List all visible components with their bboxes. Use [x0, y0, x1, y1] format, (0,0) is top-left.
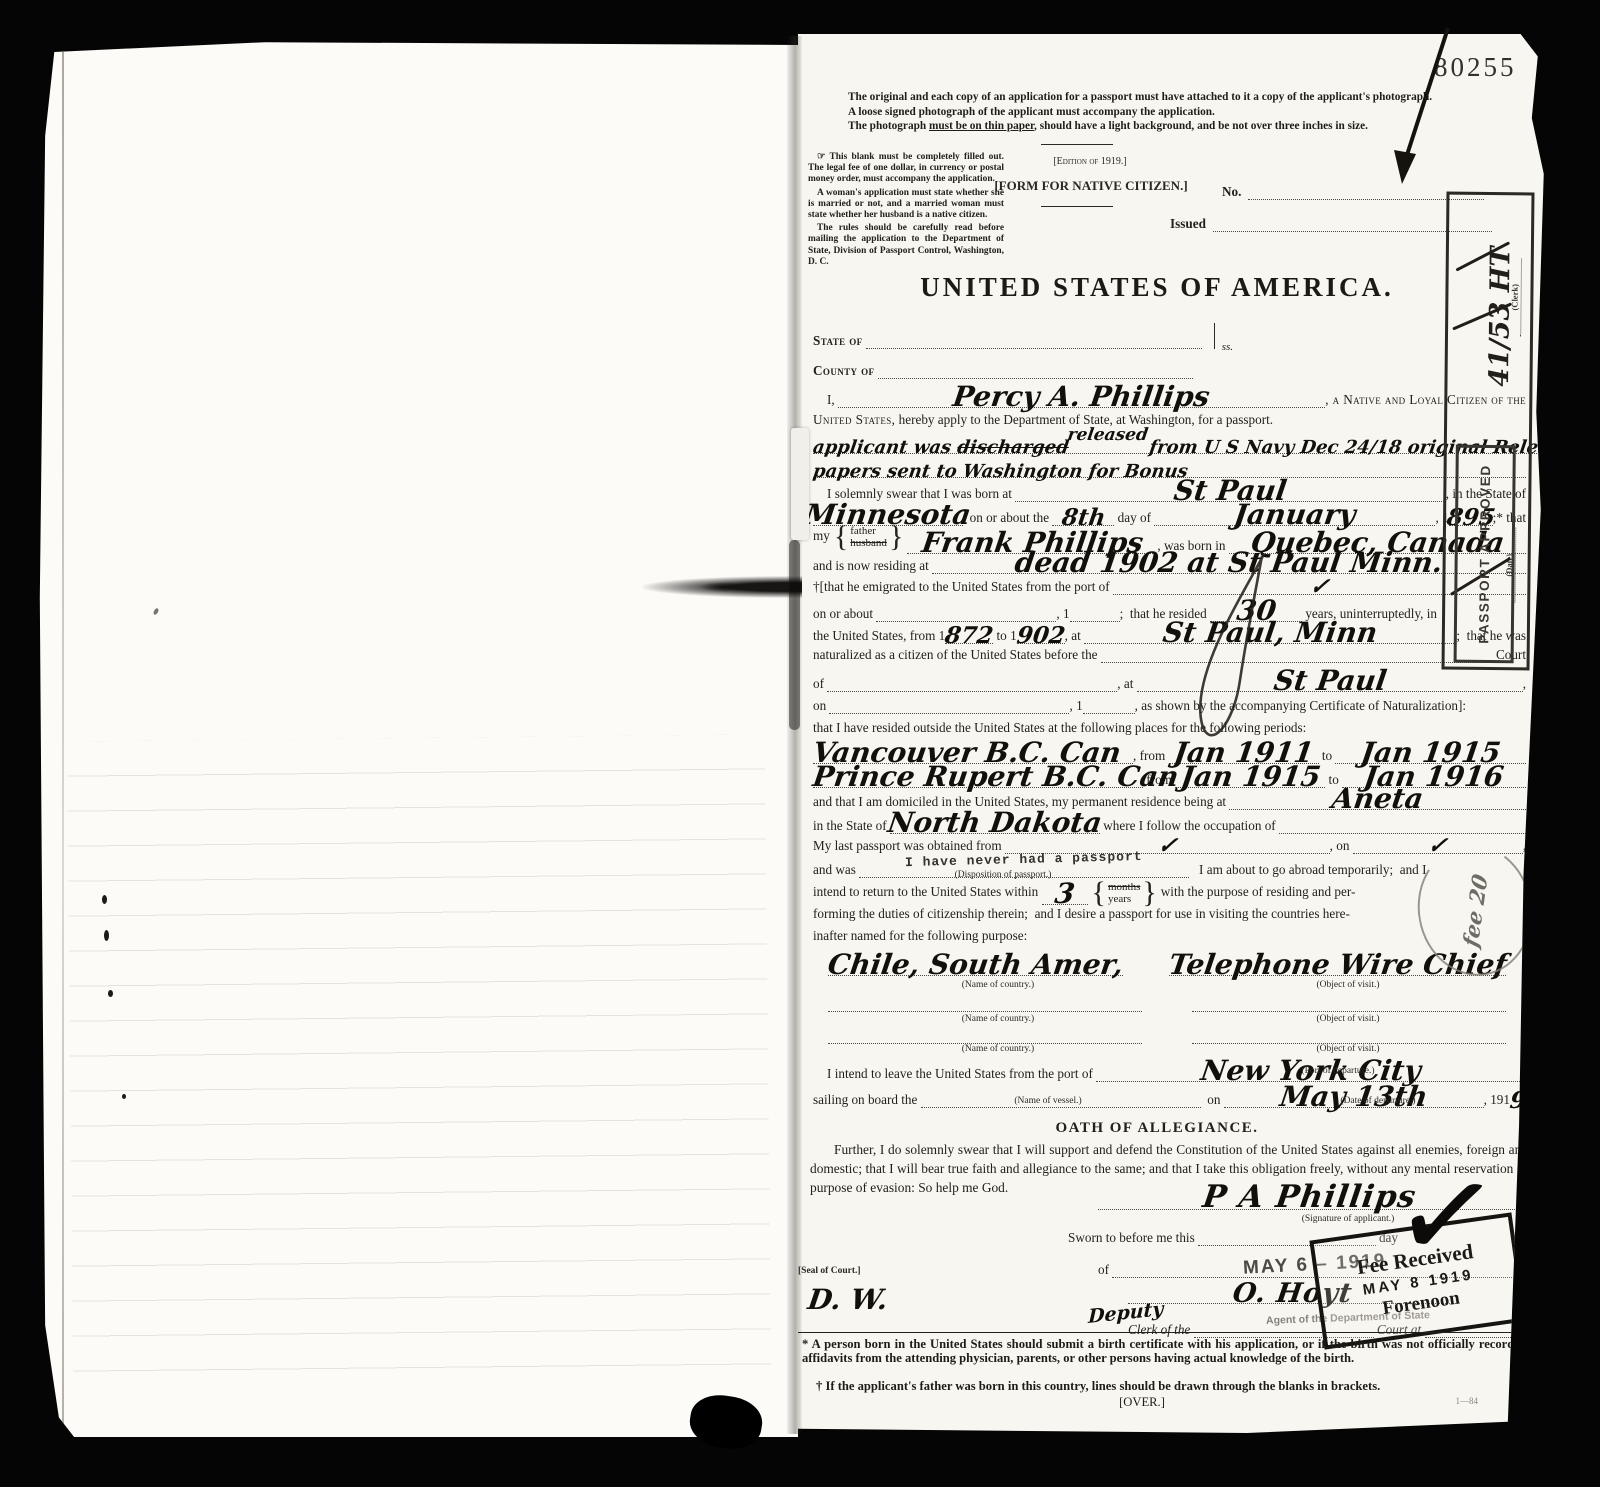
county-blank: [878, 356, 1193, 379]
state-of-line: State of ss.: [813, 327, 1233, 349]
never-had-passport-stamp: I have never had a passport: [905, 849, 1143, 871]
from-year-blank: 872: [945, 617, 993, 644]
country-label: (Name of country.): [888, 1014, 1108, 1024]
departure-year-handwriting: 9: [1508, 1089, 1527, 1112]
notice-paragraph: ☞ This blank must be completely filled o…: [808, 152, 1004, 186]
over-label: [OVER.]: [798, 1396, 1486, 1410]
large-check-mark: ✓: [1386, 1147, 1507, 1285]
applicant-name-blank: Percy A. Phillips: [838, 377, 1325, 408]
seal-initials-handwriting: D. W.: [806, 1286, 890, 1314]
passport-approved-stamp: PASSPORT APPROVED: [1454, 445, 1516, 664]
to-year-blank: 902: [1017, 617, 1065, 644]
object-label: (Object of visit.): [1238, 1014, 1458, 1024]
country-label: (Name of country.): [888, 980, 1108, 990]
notice-paragraph: A woman's application must state whether…: [808, 188, 1004, 222]
footnote-2: † If the applicant's father was born in …: [816, 1380, 1530, 1394]
born-at-blank: St Paul: [1015, 475, 1446, 502]
page-title: UNITED STATES OF AMERICA.: [798, 272, 1516, 303]
divider: [1041, 144, 1113, 145]
seal-of-court-label: [Seal of Court.]: [798, 1266, 908, 1276]
page-binding-edge: [62, 52, 64, 1429]
ink-speck: [104, 930, 109, 941]
book-fold: [787, 36, 802, 1434]
emigrated-line: †[that he emigrated to the United States…: [813, 573, 1526, 595]
apply-line: United States, hereby apply to the Depar…: [813, 406, 1526, 428]
country1-blank: Chile, South Amer,: [828, 941, 1123, 976]
ink-speck: [122, 1094, 126, 1099]
form-type-label: [FORM FOR NATIVE CITIZEN.]: [986, 178, 1196, 194]
fold-shadow: [789, 540, 800, 730]
notice-box: ☞ This blank must be completely filled o…: [808, 152, 1004, 270]
domicile-state-blank: North Dakota: [890, 807, 1100, 834]
country1-handwriting: Chile, South Amer,: [826, 951, 1125, 979]
passport-application-page: 80255 The original and each copy of an a…: [798, 34, 1546, 1433]
divider: [1041, 206, 1113, 207]
oath-title: OATH OF ALLEGIANCE.: [798, 1120, 1516, 1137]
left-blank-page: [36, 38, 798, 1437]
resided-outside-line: that I have resided outside the United S…: [813, 714, 1526, 736]
country-row-3: [828, 1028, 1506, 1044]
vessel-label: (Name of vessel.): [928, 1096, 1168, 1106]
county-of-line: County of: [813, 357, 1193, 379]
pencil-note-handwriting: fee 20: [1460, 871, 1490, 948]
footnote-1: * A person born in the United States sho…: [802, 1338, 1530, 1366]
port-label: (Port of departure.): [1218, 1066, 1458, 1076]
faint-ruled-lines: [67, 734, 772, 1380]
object-label: (Object of visit.): [1238, 980, 1458, 990]
check-mark: ✓: [1308, 575, 1331, 598]
issued-field: Issued: [1170, 210, 1492, 232]
state-blank: [866, 326, 1202, 349]
clerk-stamp-label: (Clerk): [1509, 258, 1522, 337]
footnote-rule: [798, 1332, 1532, 1333]
father-residence-line: and is now residing at dead 1902 at St P…: [813, 548, 1526, 574]
permanent-residence-blank: Aneta: [1229, 783, 1526, 810]
country-row-1: Chile, South Amer, Telephone Wire Chief: [828, 942, 1506, 976]
scanned-book-photo: 80255 The original and each copy of an a…: [0, 0, 1600, 1487]
ink-speck: [153, 607, 160, 615]
fold-tape: [791, 428, 809, 540]
date-label: (Date of departure.): [1268, 1096, 1488, 1106]
margin-stamp-box: 41/53 HT (Clerk) (Date) PASSPORT APPROVE…: [1441, 192, 1534, 671]
naturalized-at-handwriting: St Paul: [1272, 667, 1388, 695]
naturalized-line: naturalized as a citizen of the United S…: [813, 641, 1526, 663]
ink-speck: [102, 895, 107, 904]
tear-mark: [700, 582, 746, 592]
handwritten-arrow: [1376, 26, 1456, 196]
court-of-line: of , at St Paul ,: [813, 666, 1526, 692]
edition-label: [Edition of 1919.]: [1010, 156, 1170, 167]
cert-line: on , 1 , as shown by the accompanying Ce…: [813, 692, 1526, 714]
form-code: 1—84: [1456, 1396, 1479, 1406]
country-row-2: [828, 996, 1506, 1012]
applicant-signature-handwriting: P A Phillips: [1201, 1182, 1418, 1213]
applicant-name-line: I, Percy A. Phillips , a Native and Loya…: [813, 378, 1526, 408]
pen-loop-scribble: [1178, 548, 1288, 758]
ink-speck: [108, 990, 113, 997]
notice-paragraph: The rules should be carefully read befor…: [808, 223, 1004, 268]
ss-bar: [1214, 323, 1215, 349]
